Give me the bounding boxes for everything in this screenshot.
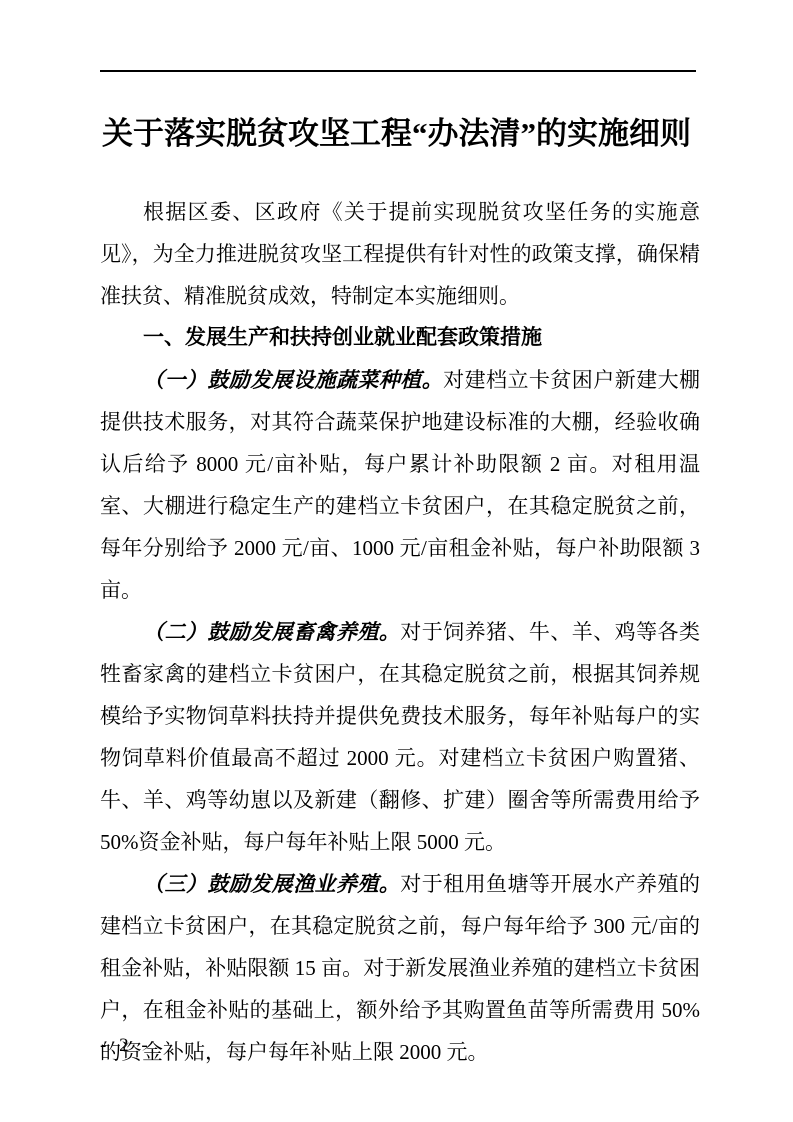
paragraph-item-1-lead: （一）鼓励发展设施蔬菜种植。	[143, 368, 443, 392]
paragraph-item-2-lead: （二）鼓励发展畜禽养殖。	[143, 620, 400, 644]
paragraph-item-3-text: 对于租用鱼塘等开展水产养殖的建档立卡贫困户，在其稳定脱贫之前，每户每年给予 30…	[100, 872, 700, 1064]
paragraph-item-3-lead: （三）鼓励发展渔业养殖。	[143, 872, 400, 896]
paragraph-item-3: （三）鼓励发展渔业养殖。对于租用鱼塘等开展水产养殖的建档立卡贫困户，在其稳定脱贫…	[100, 863, 700, 1073]
document-page: 关于落实脱贫攻坚工程“办法清”的实施细则 根据区委、区政府《关于提前实现脱贫攻坚…	[0, 0, 793, 1122]
section-heading-1: 一、发展生产和扶持创业就业配套政策措施	[100, 317, 700, 359]
paragraph-intro: 根据区委、区政府《关于提前实现脱贫攻坚任务的实施意见》，为全力推进脱贫攻坚工程提…	[100, 191, 700, 317]
paragraph-item-1: （一）鼓励发展设施蔬菜种植。对建档立卡贫困户新建大棚提供技术服务，对其符合蔬菜保…	[100, 359, 700, 611]
document-body: 根据区委、区政府《关于提前实现脱贫攻坚任务的实施意见》，为全力推进脱贫攻坚工程提…	[100, 191, 700, 1073]
paragraph-item-2-text: 对于饲养猪、牛、羊、鸡等各类牲畜家禽的建档立卡贫困户，在其稳定脱贫之前，根据其饲…	[100, 620, 700, 854]
header-divider	[100, 70, 696, 72]
page-number: - 2 -	[100, 1035, 152, 1057]
paragraph-item-1-text: 对建档立卡贫困户新建大棚提供技术服务，对其符合蔬菜保护地建设标准的大棚，经验收确…	[100, 368, 700, 602]
paragraph-item-2: （二）鼓励发展畜禽养殖。对于饲养猪、牛、羊、鸡等各类牲畜家禽的建档立卡贫困户，在…	[100, 611, 700, 863]
document-title: 关于落实脱贫攻坚工程“办法清”的实施细则	[0, 108, 793, 153]
